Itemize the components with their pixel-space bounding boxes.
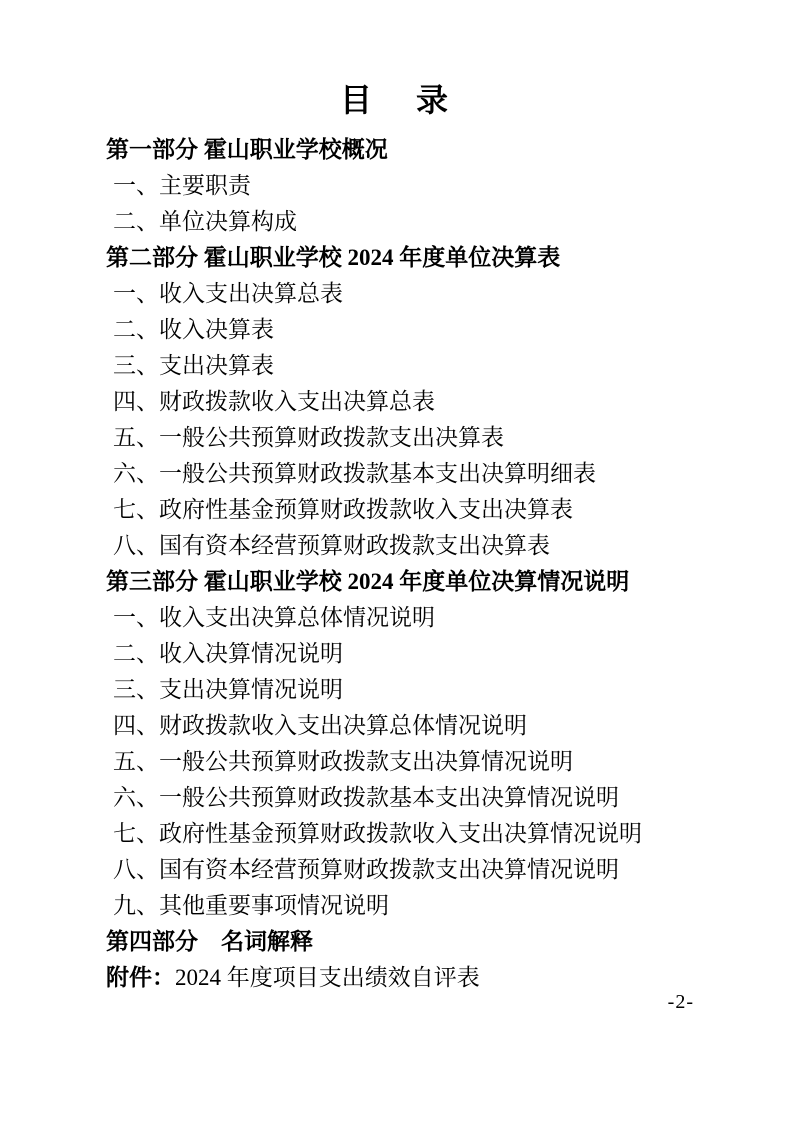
toc-item: 一、收入支出决算总表 xyxy=(106,276,734,312)
toc-item: 一、收入支出决算总体情况说明 xyxy=(106,600,734,636)
toc-item: 八、国有资本经营预算财政拨款支出决算情况说明 xyxy=(106,852,734,888)
toc-line-text: 一、收入支出决算总表 xyxy=(113,281,343,306)
toc-section-heading: 第二部分 霍山职业学校 2024 年度单位决算表 xyxy=(106,240,734,276)
toc-line-bold-text: 第三部分 霍山职业学校 2024 年度单位决算情况说明 xyxy=(106,569,629,594)
toc-line-bold-text: 第四部分 名词解释 xyxy=(106,929,313,954)
toc-line-text: 八、国有资本经营预算财政拨款支出决算表 xyxy=(113,533,550,558)
toc-line-text: 一、收入支出决算总体情况说明 xyxy=(113,605,435,630)
toc-item: 二、单位决算构成 xyxy=(106,204,734,240)
toc-line-text: 二、收入决算情况说明 xyxy=(113,641,343,666)
toc-item: 三、支出决算表 xyxy=(106,348,734,384)
toc-item: 五、一般公共预算财政拨款支出决算情况说明 xyxy=(106,744,734,780)
toc-item: 八、国有资本经营预算财政拨款支出决算表 xyxy=(106,528,734,564)
toc-line-text: 三、支出决算情况说明 xyxy=(113,677,343,702)
toc-item: 五、一般公共预算财政拨款支出决算表 xyxy=(106,420,734,456)
toc-line-text: 九、其他重要事项情况说明 xyxy=(113,893,389,918)
toc-line-text: 四、财政拨款收入支出决算总体情况说明 xyxy=(113,713,527,738)
toc-item: 二、收入决算表 xyxy=(106,312,734,348)
toc-section-heading: 第四部分 名词解释 xyxy=(106,924,734,960)
toc-line-text: 七、政府性基金预算财政拨款收入支出决算情况说明 xyxy=(113,821,642,846)
toc-list: 第一部分 霍山职业学校概况 一、主要职责 二、单位决算构成 第二部分 霍山职业学… xyxy=(0,132,794,996)
toc-line-text: 五、一般公共预算财政拨款支出决算情况说明 xyxy=(113,749,573,774)
toc-item: 四、财政拨款收入支出决算总体情况说明 xyxy=(106,708,734,744)
toc-item: 七、政府性基金预算财政拨款收入支出决算情况说明 xyxy=(106,816,734,852)
toc-item: 六、一般公共预算财政拨款基本支出决算情况说明 xyxy=(106,780,734,816)
toc-item: 三、支出决算情况说明 xyxy=(106,672,734,708)
toc-line-text: 四、财政拨款收入支出决算总表 xyxy=(113,389,435,414)
toc-line-text: 2024 年度项目支出绩效自评表 xyxy=(175,965,480,990)
toc-line-text: 一、主要职责 xyxy=(113,173,251,198)
toc-line-bold-text: 第二部分 霍山职业学校 2024 年度单位决算表 xyxy=(106,245,560,270)
toc-item: 九、其他重要事项情况说明 xyxy=(106,888,734,924)
toc-line-text: 六、一般公共预算财政拨款基本支出决算明细表 xyxy=(113,461,596,486)
toc-item: 一、主要职责 xyxy=(106,168,734,204)
toc-line-text: 八、国有资本经营预算财政拨款支出决算情况说明 xyxy=(113,857,619,882)
page-title: 目 录 xyxy=(0,0,794,120)
toc-line-bold-text: 第一部分 霍山职业学校概况 xyxy=(106,137,388,162)
toc-section-heading: 第三部分 霍山职业学校 2024 年度单位决算情况说明 xyxy=(106,564,734,600)
toc-line-text: 二、单位决算构成 xyxy=(113,209,297,234)
toc-item: 七、政府性基金预算财政拨款收入支出决算表 xyxy=(106,492,734,528)
document-page: 目 录 第一部分 霍山职业学校概况 一、主要职责 二、单位决算构成 第二部分 霍… xyxy=(0,0,794,1122)
toc-line-text: 六、一般公共预算财政拨款基本支出决算情况说明 xyxy=(113,785,619,810)
toc-item: 六、一般公共预算财政拨款基本支出决算明细表 xyxy=(106,456,734,492)
page-number: -2- xyxy=(668,990,694,1014)
toc-line-text: 五、一般公共预算财政拨款支出决算表 xyxy=(113,425,504,450)
toc-item: 二、收入决算情况说明 xyxy=(106,636,734,672)
toc-attachment-line: 附件：2024 年度项目支出绩效自评表 xyxy=(106,960,734,996)
toc-section-heading: 第一部分 霍山职业学校概况 xyxy=(106,132,734,168)
toc-line-text: 二、收入决算表 xyxy=(113,317,274,342)
toc-line-bold-text: 附件： xyxy=(106,965,175,990)
toc-line-text: 三、支出决算表 xyxy=(113,353,274,378)
toc-line-text: 七、政府性基金预算财政拨款收入支出决算表 xyxy=(113,497,573,522)
toc-item: 四、财政拨款收入支出决算总表 xyxy=(106,384,734,420)
